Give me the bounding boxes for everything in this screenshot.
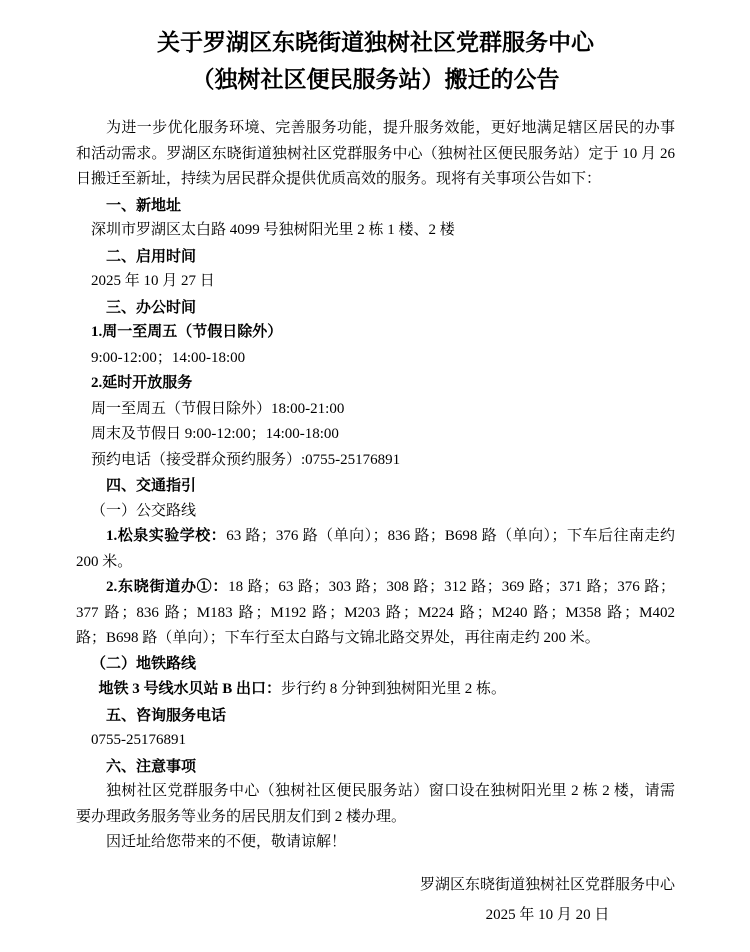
signature-date: 2025 年 10 月 20 日 — [420, 900, 675, 930]
bus-route-2-label: 2.东晓街道办①： — [106, 579, 228, 595]
bus-route-1: 1.松泉实验学校：63 路；376 路（单向）；836 路；B698 路（单向）… — [76, 524, 675, 575]
booking-phone-text: 预约电话（接受群众预约服务）:0755-25176891 — [76, 448, 675, 474]
section-1-heading: 一、新地址 — [76, 193, 675, 219]
office-hours-item-1-hours: 9:00-12:00；14:00-18:00 — [76, 346, 675, 372]
service-phone-text: 0755-25176891 — [76, 728, 675, 754]
bus-routes-subheading: （一）公交路线 — [76, 499, 675, 525]
extended-hours-weekend: 周末及节假日 9:00-12:00；14:00-18:00 — [76, 422, 675, 448]
metro-route-text: 步行约 8 分钟到独树阳光里 2 栋。 — [281, 681, 506, 697]
bus-route-2: 2.东晓街道办①：18 路；63 路；303 路；308 路；312 路；369… — [76, 575, 675, 652]
metro-route: 地铁 3 号线水贝站 B 出口：步行约 8 分钟到独树阳光里 2 栋。 — [76, 677, 675, 703]
doc-title-line-1: 关于罗湖区东晓街道独树社区党群服务中心 — [76, 24, 675, 61]
section-3-heading: 三、办公时间 — [76, 295, 675, 321]
signature-block: 罗湖区东晓街道独树社区党群服务中心 2025 年 10 月 20 日 — [420, 870, 675, 930]
bus-route-1-label: 1.松泉实验学校： — [106, 528, 226, 544]
start-date-text: 2025 年 10 月 27 日 — [76, 269, 675, 295]
announcement-page: 关于罗湖区东晓街道独树社区党群服务中心 （独树社区便民服务站）搬迁的公告 为进一… — [0, 0, 750, 952]
section-5-heading: 五、咨询服务电话 — [76, 703, 675, 729]
office-hours-item-2-title: 2.延时开放服务 — [76, 371, 675, 397]
section-6-heading: 六、注意事项 — [76, 754, 675, 780]
doc-title: 关于罗湖区东晓街道独树社区党群服务中心 （独树社区便民服务站）搬迁的公告 — [76, 24, 675, 98]
notice-paragraph-1: 独树社区党群服务中心（独树社区便民服务站）窗口设在独树阳光里 2 栋 2 楼，请… — [76, 779, 675, 830]
section-2-heading: 二、启用时间 — [76, 244, 675, 270]
notice-paragraph-2: 因迁址给您带来的不便，敬请谅解！ — [76, 830, 675, 856]
new-address-text: 深圳市罗湖区太白路 4099 号独树阳光里 2 栋 1 楼、2 楼 — [76, 218, 675, 244]
extended-hours-weekday: 周一至周五（节假日除外）18:00-21:00 — [76, 397, 675, 423]
section-4-heading: 四、交通指引 — [76, 473, 675, 499]
metro-routes-subheading: （二）地铁路线 — [76, 652, 675, 678]
doc-title-line-2: （独树社区便民服务站）搬迁的公告 — [76, 61, 675, 98]
office-hours-item-1-title: 1.周一至周五（节假日除外） — [76, 320, 675, 346]
metro-route-label: 地铁 3 号线水贝站 B 出口： — [99, 681, 282, 697]
intro-paragraph: 为进一步优化服务环境、完善服务功能，提升服务效能，更好地满足辖区居民的办事和活动… — [76, 116, 675, 193]
signature-org: 罗湖区东晓街道独树社区党群服务中心 — [420, 870, 675, 900]
